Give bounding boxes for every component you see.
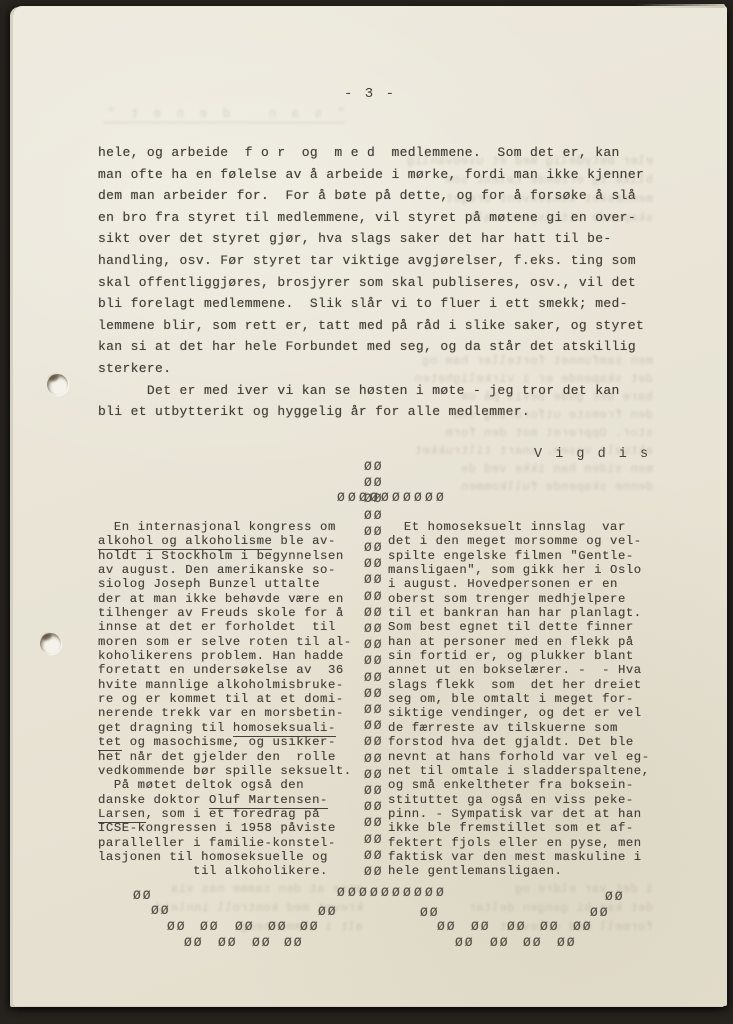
ornament-pair: ØØ <box>364 849 384 862</box>
ornament-pair: ØØ <box>133 889 153 902</box>
ornament-pair: ØØ <box>455 936 475 949</box>
ornament-pair: ØØ <box>605 890 625 903</box>
ornament-pair: ØØ <box>235 920 255 933</box>
ornament-pair: ØØ <box>364 735 384 748</box>
ornament-pair: ØØ <box>364 509 384 522</box>
intro-paragraph: hele, og arbeide f o r og m e d medlemme… <box>98 142 658 423</box>
column-left: En internasjonal kongress omalkohol og a… <box>98 520 383 879</box>
ornament-pair: ØØ <box>268 920 288 933</box>
ornament-pair: ØØ <box>364 687 384 700</box>
ornament-pair: ØØ <box>364 606 384 619</box>
ornament-pair: ØØ <box>364 768 384 781</box>
ornament-pair: ØØ <box>573 920 593 933</box>
ghost-text-heading: " s a n d e n e t " <box>95 105 345 124</box>
ornament-pair: ØØ <box>300 920 320 933</box>
hole-punch-top <box>47 374 68 395</box>
ornament-pair: ØØ <box>364 622 384 635</box>
ornament-pair: ØØ <box>557 936 577 949</box>
document-page: " s a n d e n e t " eler betydelig med e… <box>13 6 727 1006</box>
page-number: - 3 - <box>13 86 727 102</box>
ornament-pair: ØØ <box>364 638 384 651</box>
ornament-pair: ØØ <box>364 654 384 667</box>
ornament-pair: ØØ <box>420 906 440 919</box>
column-right: Et homoseksuelt innslag vardet i den meg… <box>388 520 673 879</box>
ornament-pair: ØØ <box>200 920 220 933</box>
ornament-pair: ØØ <box>364 833 384 846</box>
ornament-pair: ØØ <box>364 541 384 554</box>
ornament-pair: ØØ <box>364 476 384 489</box>
ornament-pair: ØØ <box>252 936 272 949</box>
ornament-pair: ØØ <box>151 904 171 917</box>
ornament-pair: ØØ <box>364 671 384 684</box>
ornament-pair: ØØ <box>507 920 527 933</box>
ornament-pair: ØØ <box>540 920 560 933</box>
ornament-pair: ØØ <box>490 936 510 949</box>
ornament-pair: ØØ <box>364 865 384 878</box>
ornament-pair: ØØ <box>364 752 384 765</box>
ornament-pair: ØØ <box>471 920 491 933</box>
ornament-pair: ØØ <box>364 573 384 586</box>
ornament-pair: ØØ <box>364 590 384 603</box>
ornament-pair: ØØ <box>523 936 543 949</box>
ornament-pair: ØØ <box>364 557 384 570</box>
ornament-bar: ØØØØØØØØØØ <box>337 886 447 899</box>
signature: V i g d i s <box>534 447 651 462</box>
hole-punch-bottom <box>40 633 61 654</box>
ornament-pair: ØØ <box>218 936 238 949</box>
ornament-pair: ØØ <box>284 936 304 949</box>
ornament-pair: ØØ <box>364 703 384 716</box>
ornament-pair: ØØ <box>364 719 384 732</box>
ornament-pair: ØØ <box>184 936 204 949</box>
ornament-pair: ØØ <box>437 920 457 933</box>
ornament-pair: ØØ <box>590 906 610 919</box>
ornament-pair: ØØ <box>364 460 384 473</box>
ornament-pair: ØØ <box>364 816 384 829</box>
ornament-pair: ØØ <box>364 800 384 813</box>
ornament-pair: ØØ <box>364 525 384 538</box>
ornament-pair: ØØ <box>364 784 384 797</box>
ornament-bar: ØØØØØØØØØØ <box>337 491 447 504</box>
ornament-pair: ØØ <box>318 905 338 918</box>
ornament-pair: ØØ <box>167 920 187 933</box>
